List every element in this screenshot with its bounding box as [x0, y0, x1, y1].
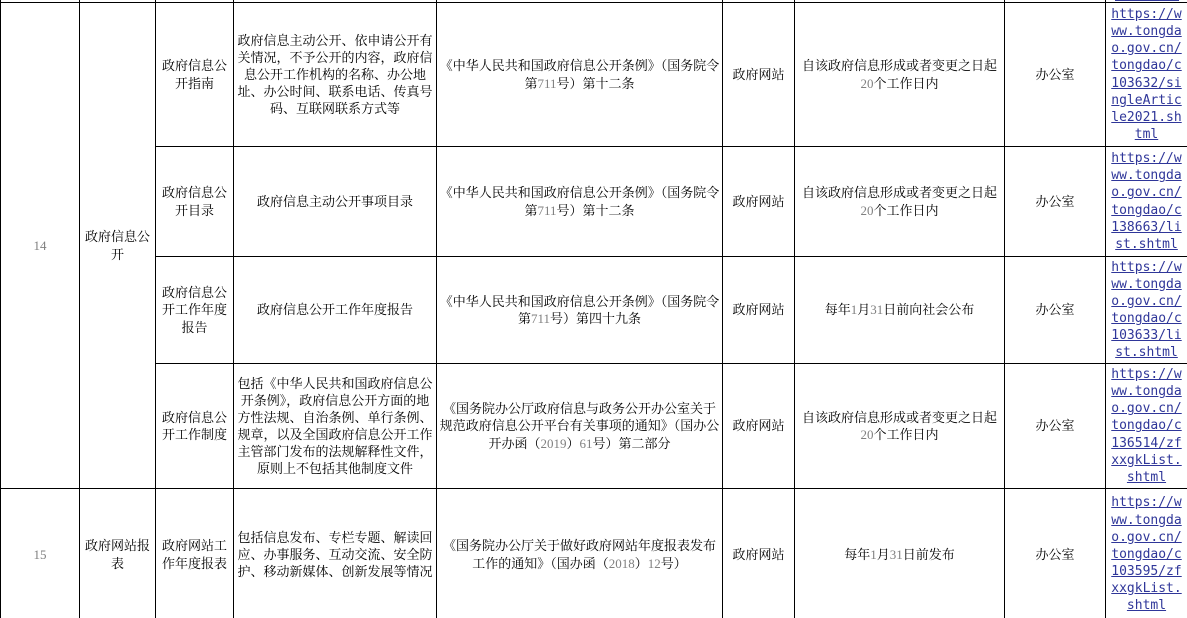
- timing-cell: 每年1月31日前发布: [795, 489, 1005, 618]
- timing-cell: 自该政府信息形成或者变更之日起20个工作日内: [795, 147, 1005, 257]
- disclosure-url-link[interactable]: https://www.tongdao.gov.cn/tongdao/c1036…: [1111, 260, 1181, 361]
- category-cell: 政府信息公开: [80, 3, 156, 489]
- table-row: 15 政府网站报表 政府网站工作年度报表 包括信息发布、专栏专题、解读回应、办事…: [1, 489, 1187, 618]
- platform-cell: 政府网站: [723, 257, 795, 364]
- disclosure-url-link[interactable]: https://www.tongdao.gov.cn/tongdao/c1035…: [1111, 495, 1181, 613]
- url-cell: https://www.tongdao.gov.cn/tongdao/c1036…: [1106, 257, 1187, 364]
- table-row: 14 政府信息公开 政府信息公开指南 政府信息主动公开、依申请公开有关情况，不予…: [1, 3, 1187, 147]
- platform-cell: 政府网站: [723, 3, 795, 147]
- description-cell: 政府信息主动公开、依申请公开有关情况，不予公开的内容，政府信息公开工作机构的名称…: [234, 3, 437, 147]
- department-cell: 办公室: [1005, 3, 1106, 147]
- row-number: 14: [1, 3, 80, 489]
- clipped-link-fragment: [1115, 0, 1179, 1]
- description-cell: 包括信息发布、专栏专题、解读回应、办事服务、互动交流、安全防护、移动新媒体、创新…: [234, 489, 437, 618]
- document-sheet: 14 政府信息公开 政府信息公开指南 政府信息主动公开、依申请公开有关情况，不予…: [0, 0, 1187, 618]
- legal-basis-cell: 《国务院办公厅关于做好政府网站年度报表发布工作的通知》（国办函（2018）12号…: [437, 489, 723, 618]
- url-cell: https://www.tongdao.gov.cn/tongdao/c1365…: [1106, 364, 1187, 489]
- timing-cell: 自该政府信息形成或者变更之日起20个工作日内: [795, 364, 1005, 489]
- legal-basis-cell: 《中华人民共和国政府信息公开条例》（国务院令第711号）第四十九条: [437, 257, 723, 364]
- legal-basis-cell: 《中华人民共和国政府信息公开条例》（国务院令第711号）第十二条: [437, 3, 723, 147]
- item-name-cell: 政府信息公开工作制度: [156, 364, 234, 489]
- table-row: 政府信息公开工作制度 包括《中华人民共和国政府信息公开条例》，政府信息公开方面的…: [1, 364, 1187, 489]
- category-cell: 政府网站报表: [80, 489, 156, 618]
- disclosure-url-link[interactable]: https://www.tongdao.gov.cn/tongdao/c1365…: [1111, 367, 1181, 485]
- url-cell: https://www.tongdao.gov.cn/tongdao/c1036…: [1106, 3, 1187, 147]
- disclosure-url-link[interactable]: https://www.tongdao.gov.cn/tongdao/c1386…: [1111, 151, 1181, 252]
- url-cell: https://www.tongdao.gov.cn/tongdao/c1386…: [1106, 147, 1187, 257]
- department-cell: 办公室: [1005, 364, 1106, 489]
- platform-cell: 政府网站: [723, 489, 795, 618]
- item-name-cell: 政府信息公开目录: [156, 147, 234, 257]
- url-cell: https://www.tongdao.gov.cn/tongdao/c1035…: [1106, 489, 1187, 618]
- disclosure-url-link[interactable]: https://www.tongdao.gov.cn/tongdao/c1036…: [1111, 7, 1181, 142]
- description-cell: 政府信息公开工作年度报告: [234, 257, 437, 364]
- platform-cell: 政府网站: [723, 364, 795, 489]
- department-cell: 办公室: [1005, 257, 1106, 364]
- item-name-cell: 政府信息公开指南: [156, 3, 234, 147]
- item-name-cell: 政府网站工作年度报表: [156, 489, 234, 618]
- legal-basis-cell: 《中华人民共和国政府信息公开条例》（国务院令第711号）第十二条: [437, 147, 723, 257]
- legal-basis-cell: 《国务院办公厅政府信息与政务公开办公室关于规范政府信息公开平台有关事项的通知》（…: [437, 364, 723, 489]
- department-cell: 办公室: [1005, 147, 1106, 257]
- department-cell: 办公室: [1005, 489, 1106, 618]
- disclosure-catalog-table: 14 政府信息公开 政府信息公开指南 政府信息主动公开、依申请公开有关情况，不予…: [0, 0, 1187, 618]
- row-number: 15: [1, 489, 80, 618]
- timing-cell: 每年1月31日前向社会公布: [795, 257, 1005, 364]
- item-name-cell: 政府信息公开工作年度报告: [156, 257, 234, 364]
- table-row: 政府信息公开目录 政府信息主动公开事项目录 《中华人民共和国政府信息公开条例》（…: [1, 147, 1187, 257]
- table-row: 政府信息公开工作年度报告 政府信息公开工作年度报告 《中华人民共和国政府信息公开…: [1, 257, 1187, 364]
- platform-cell: 政府网站: [723, 147, 795, 257]
- timing-cell: 自该政府信息形成或者变更之日起20个工作日内: [795, 3, 1005, 147]
- description-cell: 包括《中华人民共和国政府信息公开条例》，政府信息公开方面的地方性法规、自治条例、…: [234, 364, 437, 489]
- description-cell: 政府信息主动公开事项目录: [234, 147, 437, 257]
